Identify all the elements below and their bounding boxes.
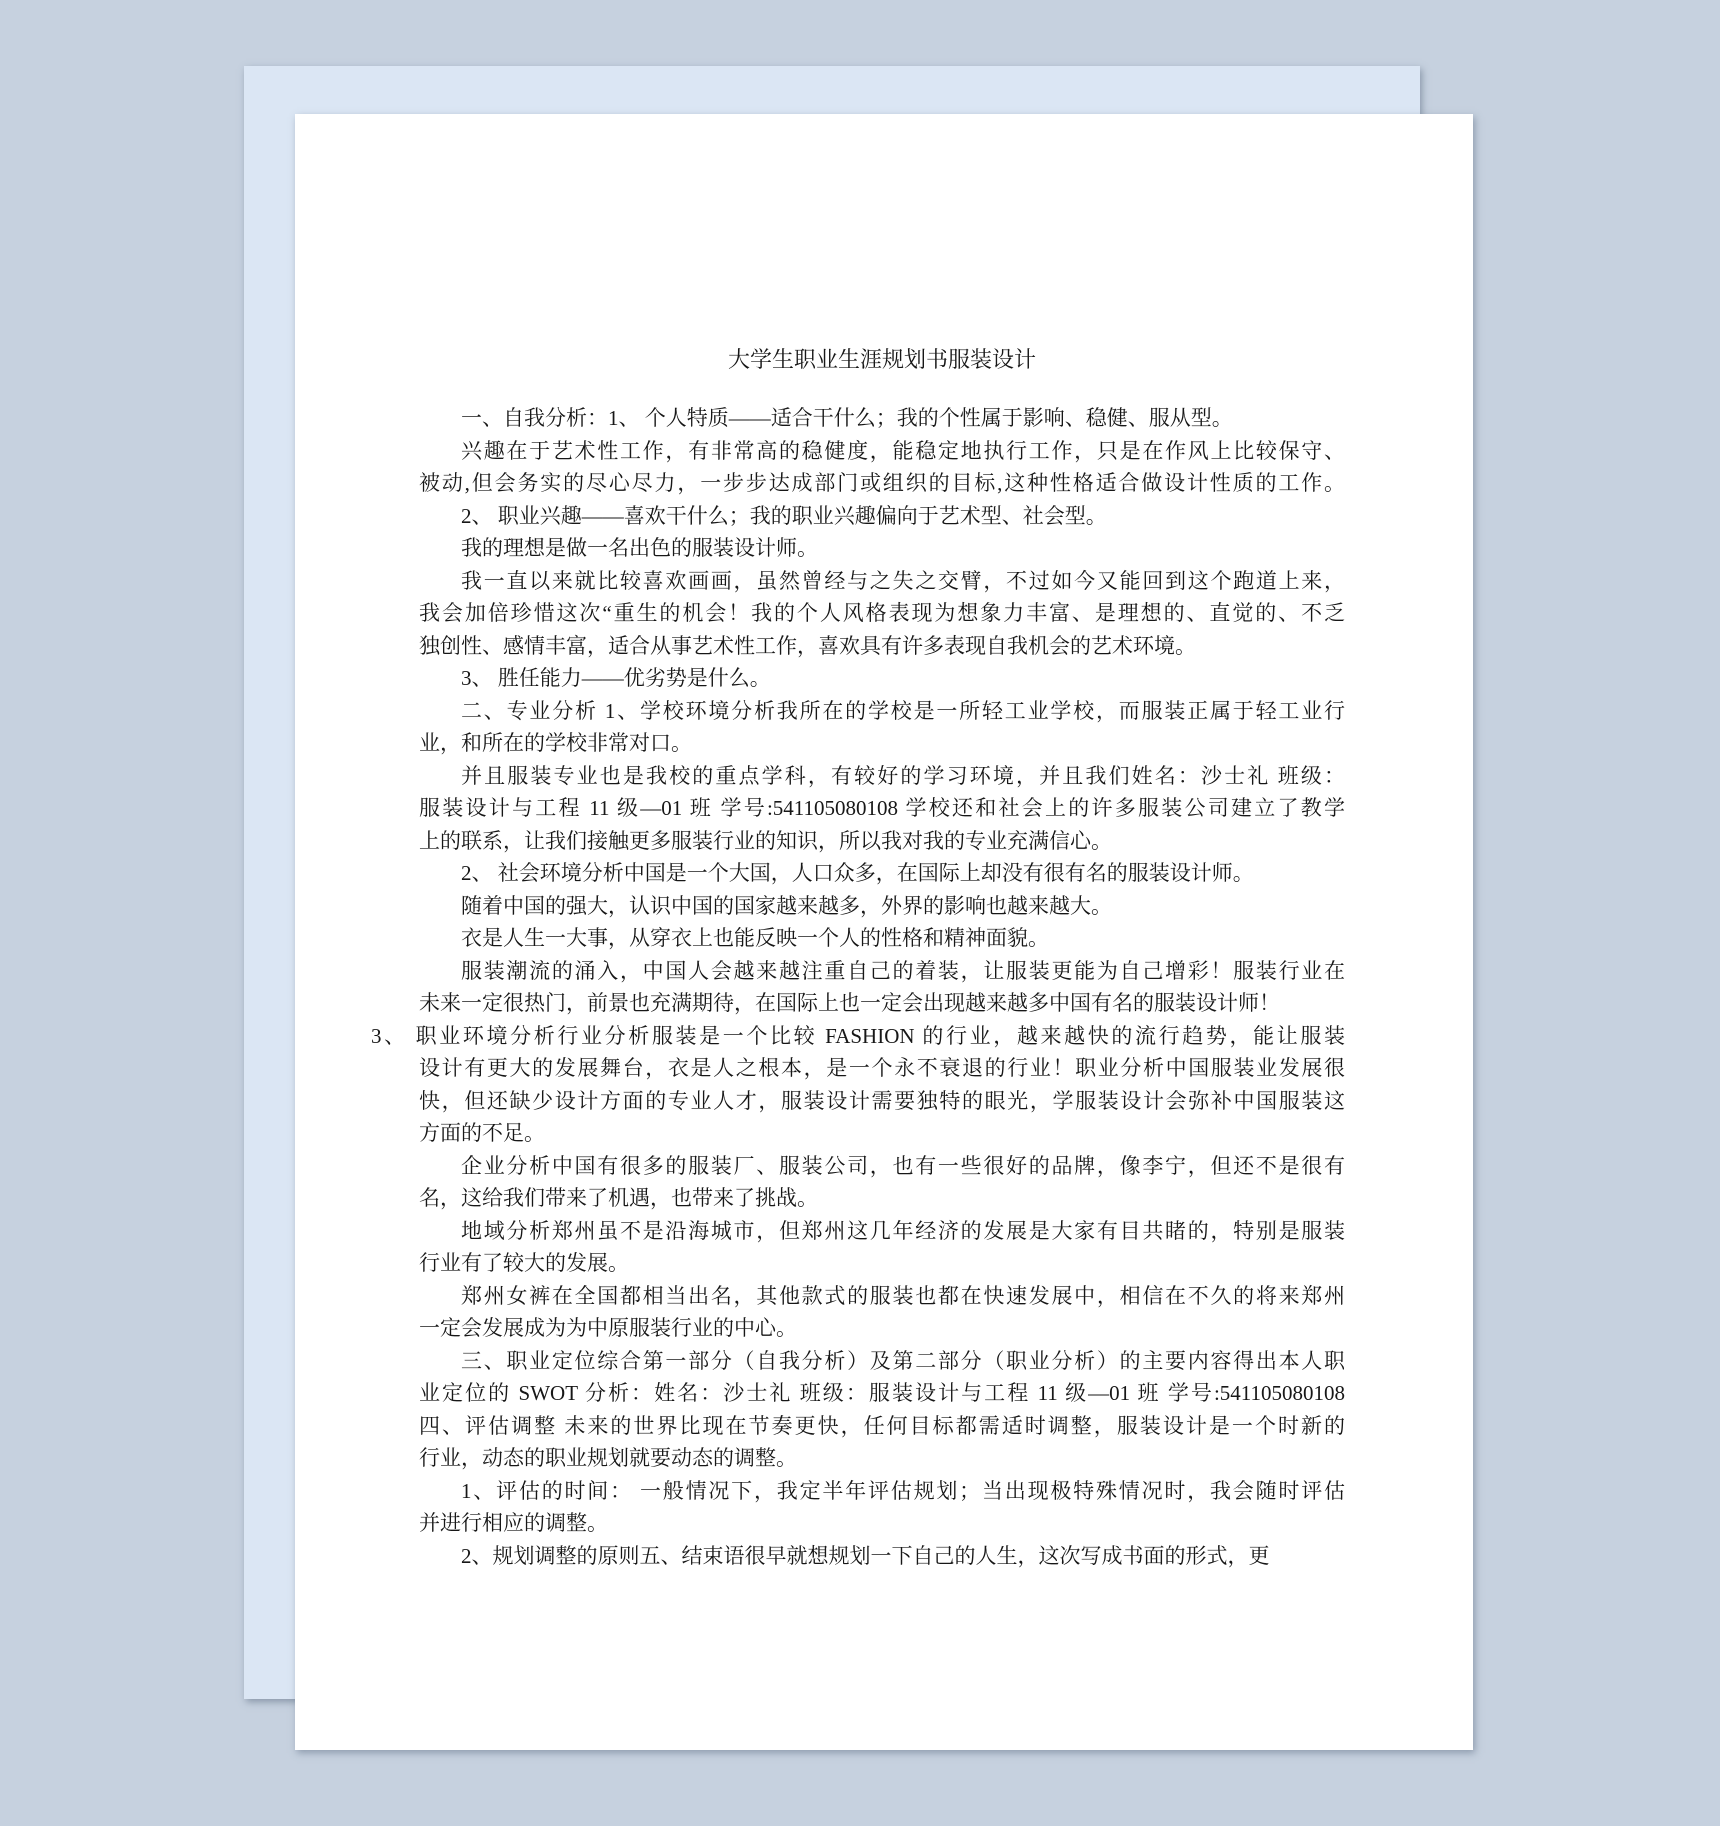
text-line: 并且服装专业也是我校的重点学科，有较好的学习环境，并且我们姓名：沙士礼 班级： bbox=[419, 760, 1345, 793]
text-line: 我的理想是做一名出色的服装设计师。 bbox=[419, 532, 1345, 565]
text-line: 一、自我分析：1、 个人特质——适合干什么；我的个性属于影响、稳健、服从型。 bbox=[419, 402, 1345, 435]
text-line: 服装潮流的涌入，中国人会越来越注重自己的着装，让服装更能为自己增彩！服装行业在 bbox=[419, 955, 1345, 988]
text-line: 2、 社会环境分析中国是一个大国，人口众多，在国际上却没有很有名的服装设计师。 bbox=[419, 857, 1345, 890]
text-line: 三、职业定位综合第一部分（自我分析）及第二部分（职业分析）的主要内容得出本人职 bbox=[419, 1345, 1345, 1378]
text-line: 1、评估的时间： 一般情况下，我定半年评估规划；当出现极特殊情况时，我会随时评估 bbox=[419, 1475, 1345, 1508]
text-line: 我会加倍珍惜这次“重生的机会！我的个人风格表现为想象力丰富、是理想的、直觉的、不… bbox=[419, 597, 1345, 630]
text-line: 快，但还缺少设计方面的专业人才，服装设计需要独特的眼光，学服装设计会弥补中国服装… bbox=[419, 1085, 1345, 1118]
text-line: 衣是人生一大事，从穿衣上也能反映一个人的性格和精神面貌。 bbox=[419, 922, 1345, 955]
page-content: 大学生职业生涯规划书服装设计 一、自我分析：1、 个人特质——适合干什么；我的个… bbox=[295, 114, 1473, 1572]
text-line: 2、规划调整的原则五、结束语很早就想规划一下自己的人生，这次写成书面的形式，更 bbox=[419, 1540, 1345, 1573]
text-line: 郑州女裤在全国都相当出名，其他款式的服装也都在快速发展中，相信在不久的将来郑州 bbox=[419, 1280, 1345, 1313]
text-line: 行业有了较大的发展。 bbox=[419, 1247, 1345, 1280]
text-line: 二、专业分析 1、学校环境分析我所在的学校是一所轻工业学校，而服装正属于轻工业行 bbox=[419, 695, 1345, 728]
text-line: 设计有更大的发展舞台，衣是人之根本，是一个永不衰退的行业！职业分析中国服装业发展… bbox=[419, 1052, 1345, 1085]
document-title: 大学生职业生涯规划书服装设计 bbox=[419, 344, 1345, 376]
text-line: 2、 职业兴趣——喜欢干什么；我的职业兴趣偏向于艺术型、社会型。 bbox=[419, 500, 1345, 533]
desktop-background: 大学生职业生涯规划书服装设计 一、自我分析：1、 个人特质——适合干什么；我的个… bbox=[0, 0, 1720, 1826]
text-line: 随着中国的强大，认识中国的国家越来越多，外界的影响也越来越大。 bbox=[419, 890, 1345, 923]
text-line: 四、评估调整 未来的世界比现在节奏更快，任何目标都需适时调整，服装设计是一个时新… bbox=[419, 1410, 1345, 1443]
text-line: 服装设计与工程 11 级—01 班 学号:541105080108 学校还和社会… bbox=[419, 792, 1345, 825]
text-line: 行业，动态的职业规划就要动态的调整。 bbox=[419, 1442, 1345, 1475]
document-page: 大学生职业生涯规划书服装设计 一、自我分析：1、 个人特质——适合干什么；我的个… bbox=[295, 114, 1473, 1750]
document-body: 一、自我分析：1、 个人特质——适合干什么；我的个性属于影响、稳健、服从型。兴趣… bbox=[419, 402, 1345, 1572]
text-line: 被动,但会务实的尽心尽力，一步步达成部门或组织的目标,这种性格适合做设计性质的工… bbox=[419, 467, 1345, 500]
text-line: 并进行相应的调整。 bbox=[419, 1507, 1345, 1540]
text-line: 企业分析中国有很多的服装厂、服装公司，也有一些很好的品牌，像李宁，但还不是很有 bbox=[419, 1150, 1345, 1183]
text-line: 兴趣在于艺术性工作，有非常高的稳健度，能稳定地执行工作，只是在作风上比较保守、 bbox=[419, 435, 1345, 468]
text-line: 业定位的 SWOT 分析：姓名：沙士礼 班级：服装设计与工程 11 级—01 班… bbox=[419, 1377, 1345, 1410]
text-line: 名，这给我们带来了机遇，也带来了挑战。 bbox=[419, 1182, 1345, 1215]
text-line: 3、 职业环境分析行业分析服装是一个比较 FASHION 的行业，越来越快的流行… bbox=[371, 1020, 1345, 1053]
text-line: 上的联系，让我们接触更多服装行业的知识，所以我对我的专业充满信心。 bbox=[419, 825, 1345, 858]
text-line: 3、 胜任能力——优劣势是什么。 bbox=[419, 662, 1345, 695]
text-line: 方面的不足。 bbox=[419, 1117, 1345, 1150]
text-line: 一定会发展成为为中原服装行业的中心。 bbox=[419, 1312, 1345, 1345]
text-line: 未来一定很热门，前景也充满期待，在国际上也一定会出现越来越多中国有名的服装设计师… bbox=[419, 987, 1345, 1020]
text-line: 地域分析郑州虽不是沿海城市，但郑州这几年经济的发展是大家有目共睹的，特别是服装 bbox=[419, 1215, 1345, 1248]
text-line: 独创性、感情丰富，适合从事艺术性工作，喜欢具有许多表现自我机会的艺术环境。 bbox=[419, 630, 1345, 663]
text-line: 我一直以来就比较喜欢画画，虽然曾经与之失之交臂，不过如今又能回到这个跑道上来， bbox=[419, 565, 1345, 598]
text-line: 业，和所在的学校非常对口。 bbox=[419, 727, 1345, 760]
